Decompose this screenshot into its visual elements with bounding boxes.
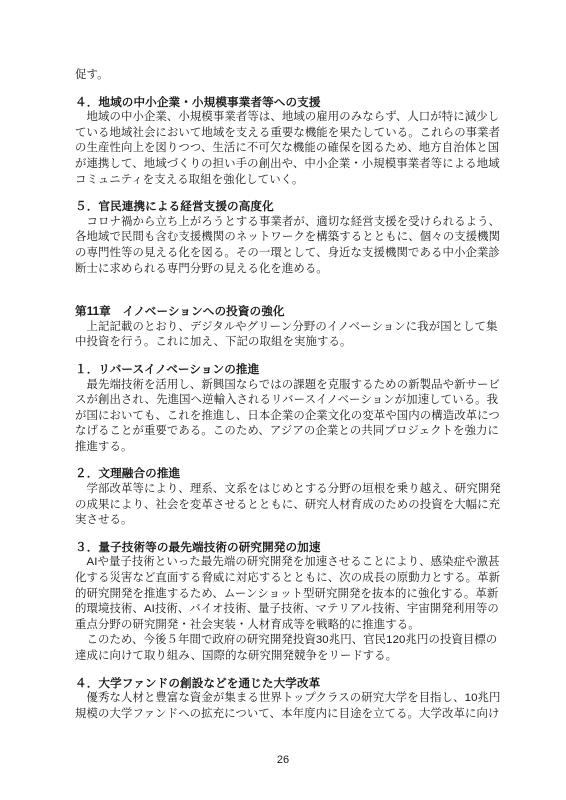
paragraph: 促す。 bbox=[75, 68, 499, 84]
paragraph: 上記記載のとおり、デジタルやグリーン分野のイノベーションに我が国として集中投資を… bbox=[75, 320, 499, 351]
text-line: 促す。 bbox=[75, 68, 499, 84]
text-line: 地域の中小企業、小規模事業者等は、地域の雇用のみならず、人口が特に減少し bbox=[75, 110, 499, 126]
text-line: ４．地域の中小企業・小規模事業者等への支援 bbox=[75, 95, 499, 111]
text-line: 的研究開発を推進するため、ムーンショット型研究開発を抜本的に強化する。革新 bbox=[75, 587, 499, 603]
text-line: AIや量子技術といった最先端の研究開発を加速させることにより、感染症や激甚 bbox=[75, 555, 499, 571]
section-heading: ５．官民連携による経営支援の高度化 bbox=[75, 199, 499, 215]
page-number: 26 bbox=[0, 752, 566, 768]
text-line: １．リバースイノベーションの推進 bbox=[75, 362, 499, 378]
text-line: の専門性等の見える化を図る。その一環として、身近な支援機関である中小企業診 bbox=[75, 246, 499, 262]
text-line: コミュニティを支える取組を強化していく。 bbox=[75, 173, 499, 189]
section-heading: ４．大学ファンドの創設などを通じた大学改革 bbox=[75, 676, 499, 692]
text-line: ３．量子技術等の最先端技術の研究開発の加速 bbox=[75, 540, 499, 556]
text-line: スが創出され、先進国へ逆輸入されるリバースイノベーションが加速している。我 bbox=[75, 393, 499, 409]
chapter-heading: 第11章 イノベーションへの投資の強化 bbox=[75, 304, 499, 320]
text-line: 重点分野の研究開発・社会実装・人材育成等を戦略的に推進する。 bbox=[75, 618, 499, 634]
paragraph: コロナ禍から立ち上がろうとする事業者が、適切な経営支援を受けられるよう、各地域で… bbox=[75, 215, 499, 277]
text-line: が国においても、これを推進し、日本企業の企業文化の変革や国内の構造改革につ bbox=[75, 409, 499, 425]
paragraph: このため、今後５年間で政府の研究開発投資30兆円、官民120兆円の投資目標の達成… bbox=[75, 633, 499, 664]
text-line: 断士に求められる専門分野の見える化を進める。 bbox=[75, 262, 499, 278]
text-line: 上記記載のとおり、デジタルやグリーン分野のイノベーションに我が国として集 bbox=[75, 320, 499, 336]
text-line: ５．官民連携による経営支援の高度化 bbox=[75, 199, 499, 215]
text-line: 達成に向けて取り組み、国際的な研究開発競争をリードする。 bbox=[75, 649, 499, 665]
document-blocks: 促す。４．地域の中小企業・小規模事業者等への支援 地域の中小企業、小規模事業者等… bbox=[75, 68, 499, 722]
section-heading: ３．量子技術等の最先端技術の研究開発の加速 bbox=[75, 540, 499, 556]
text-line: 第11章 イノベーションへの投資の強化 bbox=[75, 304, 499, 320]
text-line: 化する災害など直面する脅威に対応するとともに、次の成長の原動力とする。革新 bbox=[75, 571, 499, 587]
paragraph: 学部改革等により、理系、文系をはじめとする分野の垣根を乗り越え、研究開発の成果に… bbox=[75, 482, 499, 529]
paragraph: 地域の中小企業、小規模事業者等は、地域の雇用のみならず、人口が特に減少している地… bbox=[75, 110, 499, 188]
text-line: 規模の大学ファンドへの拡充について、本年度内に目途を立てる。大学改革に向け bbox=[75, 707, 499, 723]
paragraph: 優秀な人材と豊富な資金が集まる世界トップクラスの研究大学を目指し、10兆円規模の… bbox=[75, 691, 499, 722]
text-line: 最先端技術を活用し、新興国ならではの課題を克服するための新製品や新サービ bbox=[75, 378, 499, 394]
text-line: 推進する。 bbox=[75, 440, 499, 456]
text-line: 中投資を行う。これに加え、下記の取組を実施する。 bbox=[75, 335, 499, 351]
text-line: ている地域社会において地域を支える重要な機能を果たしている。これらの事業者 bbox=[75, 126, 499, 142]
text-line: 各地域で民間も含む支援機関のネットワークを構築するとともに、個々の支援機関 bbox=[75, 230, 499, 246]
text-line: 学部改革等により、理系、文系をはじめとする分野の垣根を乗り越え、研究開発 bbox=[75, 482, 499, 498]
paragraph: 最先端技術を活用し、新興国ならではの課題を克服するための新製品や新サービスが創出… bbox=[75, 378, 499, 456]
text-line: 的環境技術、AI技術、バイオ技術、量子技術、マテリアル技術、宇宙開発利用等の bbox=[75, 602, 499, 618]
text-line: ２．文理融合の推進 bbox=[75, 466, 499, 482]
section-heading: １．リバースイノベーションの推進 bbox=[75, 362, 499, 378]
text-line: ４．大学ファンドの創設などを通じた大学改革 bbox=[75, 676, 499, 692]
section-heading: ４．地域の中小企業・小規模事業者等への支援 bbox=[75, 95, 499, 111]
text-line: このため、今後５年間で政府の研究開発投資30兆円、官民120兆円の投資目標の bbox=[75, 633, 499, 649]
text-line: なげることが重要である。このため、アジアの企業との共同プロジェクトを強力に bbox=[75, 424, 499, 440]
text-line: の生産性向上を図りつつ、生活に不可欠な機能の確保を図るため、地方自治体と国 bbox=[75, 141, 499, 157]
section-heading: ２．文理融合の推進 bbox=[75, 466, 499, 482]
paragraph: AIや量子技術といった最先端の研究開発を加速させることにより、感染症や激甚化する… bbox=[75, 555, 499, 633]
document-page: 促す。４．地域の中小企業・小規模事業者等への支援 地域の中小企業、小規模事業者等… bbox=[0, 0, 566, 800]
text-line: コロナ禍から立ち上がろうとする事業者が、適切な経営支援を受けられるよう、 bbox=[75, 215, 499, 231]
text-line: 優秀な人材と豊富な資金が集まる世界トップクラスの研究大学を目指し、10兆円 bbox=[75, 691, 499, 707]
text-line: が連携して、地域づくりの担い手の創出や、中小企業・小規模事業者等による地域 bbox=[75, 157, 499, 173]
text-line: の成果により、社会を変革させるとともに、研究人材育成のための投資を大幅に充 bbox=[75, 498, 499, 514]
text-line: 実させる。 bbox=[75, 513, 499, 529]
